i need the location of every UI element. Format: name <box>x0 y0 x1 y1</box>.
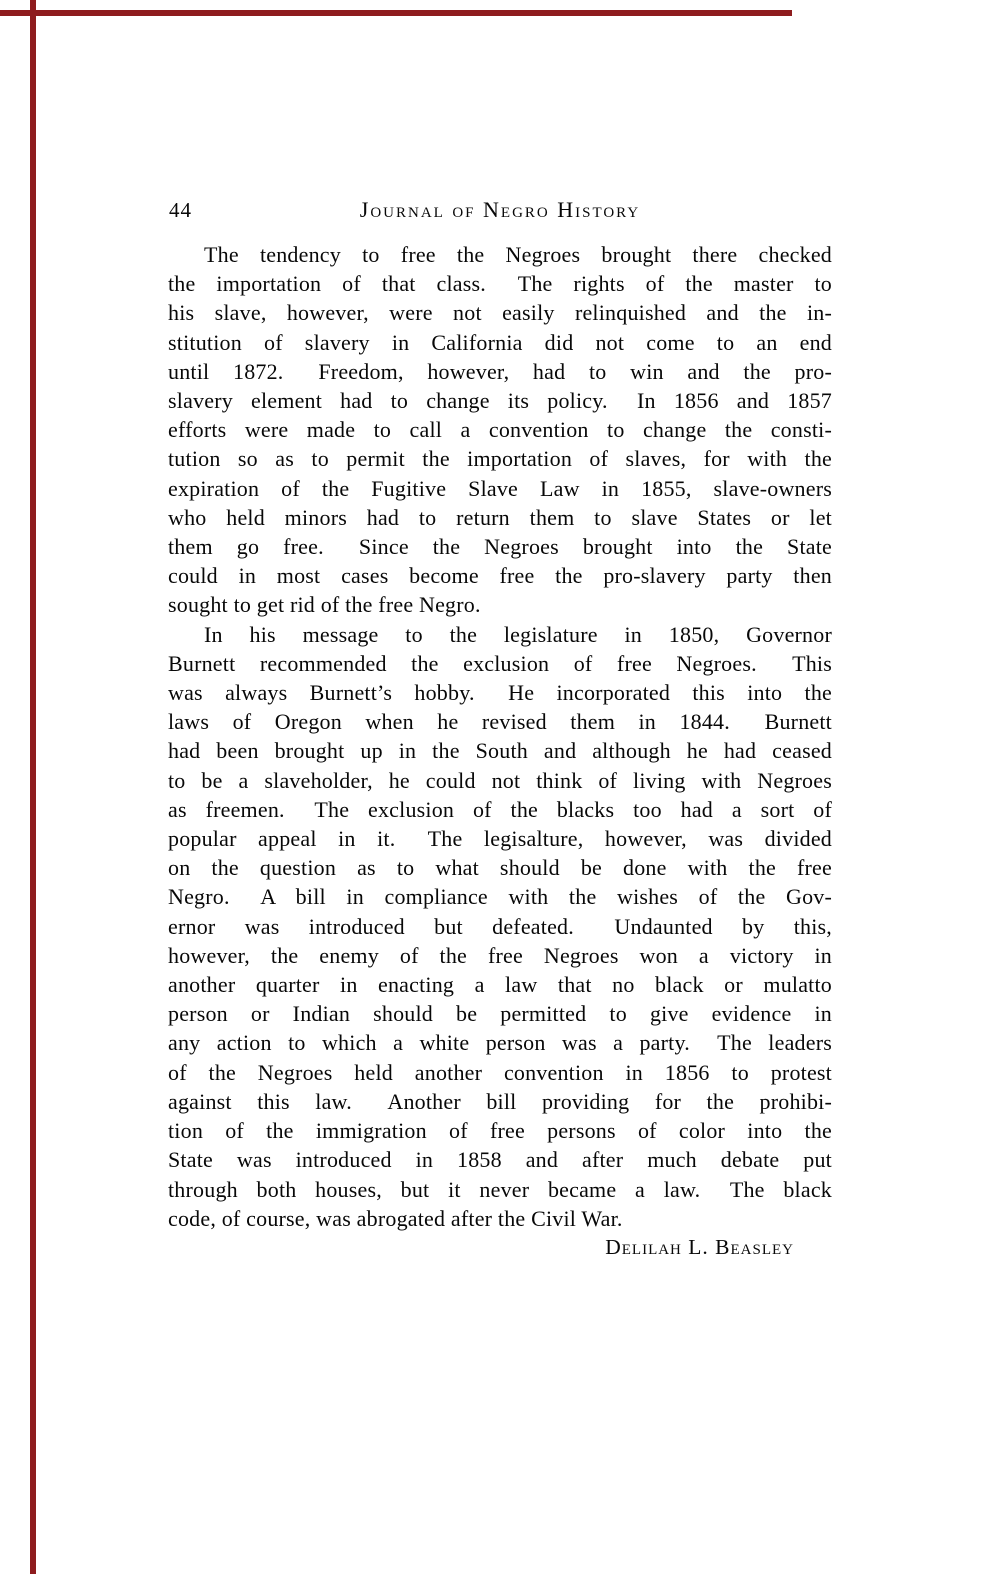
text-line: The tendency to free the Negroes brought… <box>168 240 832 269</box>
text-line: tion of the immigration of free persons … <box>168 1116 832 1145</box>
running-header: 44 Journal of Negro History <box>168 196 832 224</box>
text-line: stitution of slavery in California did n… <box>168 328 832 357</box>
text-line: of the Negroes held another convention i… <box>168 1058 832 1087</box>
text-line: slavery element had to change its policy… <box>168 386 832 415</box>
text-line: expiration of the Fugitive Slave Law in … <box>168 474 832 503</box>
text-line: could in most cases become free the pro-… <box>168 561 832 590</box>
paragraph: In his message to the legislature in 185… <box>168 620 832 1233</box>
text-line: In his message to the legislature in 185… <box>168 620 832 649</box>
paragraph: The tendency to free the Negroes brought… <box>168 240 832 620</box>
text-line: State was introduced in 1858 and after m… <box>168 1145 832 1174</box>
text-line: who held minors had to return them to sl… <box>168 503 832 532</box>
text-line: ernor was introduced but defeated. Undau… <box>168 912 832 941</box>
text-line: code, of course, was abrogated after the… <box>168 1204 832 1233</box>
text-line: to be a slaveholder, he could not think … <box>168 766 832 795</box>
text-line: had been brought up in the South and alt… <box>168 736 832 765</box>
text-line: his slave, however, were not easily reli… <box>168 298 832 327</box>
text-line: efforts were made to call a convention t… <box>168 415 832 444</box>
text-line: popular appeal in it. The legisalture, h… <box>168 824 832 853</box>
text-line: Negro. A bill in compliance with the wis… <box>168 882 832 911</box>
text-line: Burnett recommended the exclusion of fre… <box>168 649 832 678</box>
text-line: the importation of that class. The right… <box>168 269 832 298</box>
text-line: was always Burnett’s hobby. He incorpora… <box>168 678 832 707</box>
text-line: on the question as to what should be don… <box>168 853 832 882</box>
text-line: as freemen. The exclusion of the blacks … <box>168 795 832 824</box>
scanned-book-page: { "header": { "page_number": "44", "jour… <box>0 0 1000 1574</box>
text-line: tution so as to permit the importation o… <box>168 444 832 473</box>
text-line: through both houses, but it never became… <box>168 1175 832 1204</box>
text-line: them go free. Since the Negroes brought … <box>168 532 832 561</box>
page-number: 44 <box>169 196 192 224</box>
text-line: laws of Oregon when he revised them in 1… <box>168 707 832 736</box>
scan-edge-mark-vertical <box>30 0 36 1574</box>
text-line: any action to which a white person was a… <box>168 1028 832 1057</box>
text-line: until 1872. Freedom, however, had to win… <box>168 357 832 386</box>
page-content: 44 Journal of Negro History The tendency… <box>168 196 832 1262</box>
text-line: however, the enemy of the free Negroes w… <box>168 941 832 970</box>
text-line: another quarter in enacting a law that n… <box>168 970 832 999</box>
journal-title: Journal of Negro History <box>168 196 832 224</box>
page-body: The tendency to free the Negroes brought… <box>168 240 832 1233</box>
text-line: sought to get rid of the free Negro. <box>168 590 832 619</box>
author-signature: Delilah L. Beasley <box>168 1233 832 1262</box>
scan-edge-mark-horizontal <box>0 10 792 16</box>
text-line: against this law. Another bill providing… <box>168 1087 832 1116</box>
text-line: person or Indian should be permitted to … <box>168 999 832 1028</box>
